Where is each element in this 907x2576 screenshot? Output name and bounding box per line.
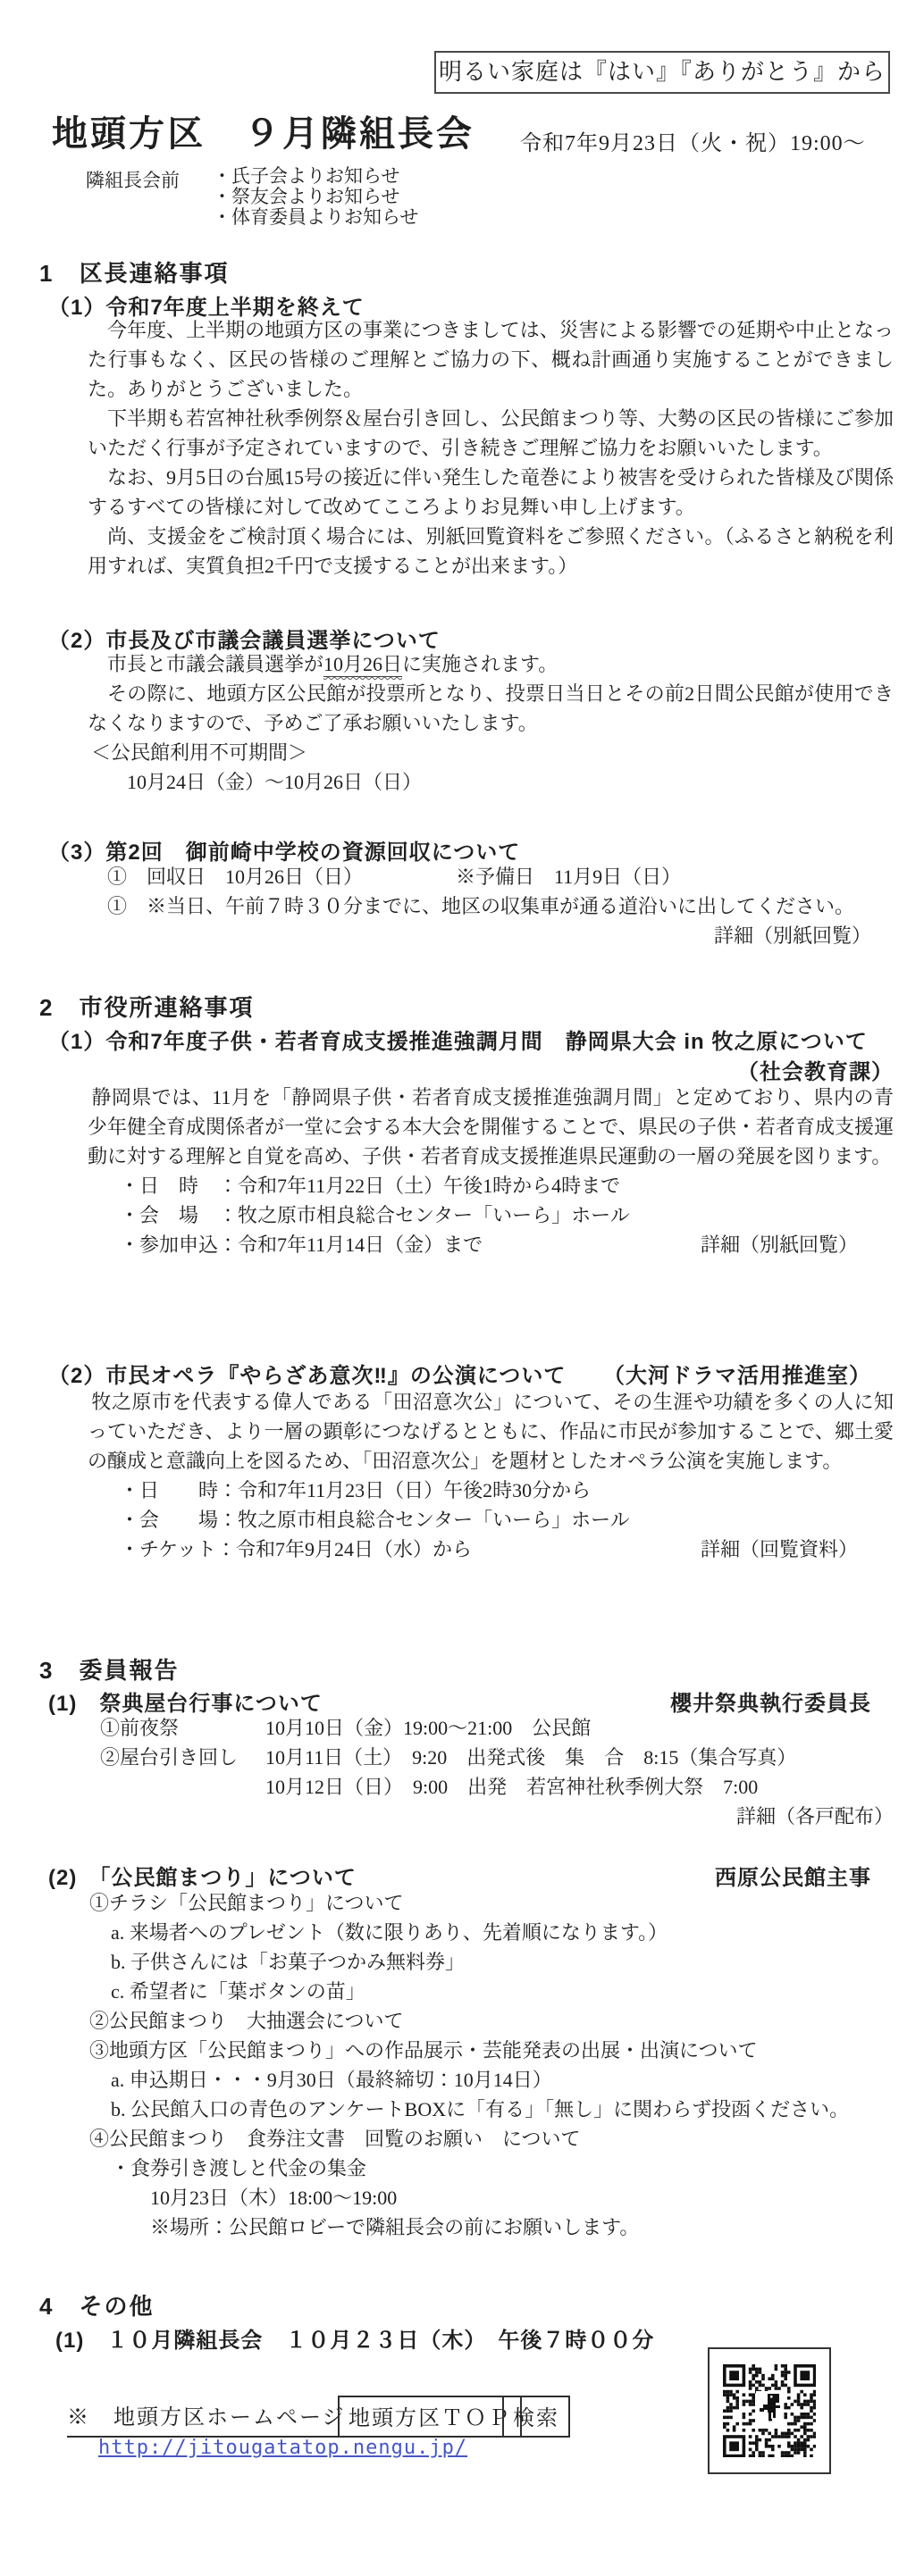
section-2-2-heading: （2）市民オペラ『やらざあ意次‼』の公演について <box>48 1358 566 1389</box>
slogan-box: 明るい家庭は『はい』『ありがとう』から <box>434 51 890 94</box>
section-2-heading: 2 市役所連絡事項 <box>39 990 254 1023</box>
section-1-3-body: ① 回収日 10月26日（日） ※予備日 11月9日（日） ① ※当日、午前７時… <box>88 862 894 950</box>
section-3-1-heading: (1) 祭典屋台行事について <box>48 1685 323 1717</box>
document-page: 明るい家庭は『はい』『ありがとう』から 地頭方区 ９月隣組長会 令和7年9月23… <box>0 0 907 2576</box>
list-item: ①チラシ「公民館まつり」について <box>89 1888 894 1918</box>
collection-date-row: ① 回収日 10月26日（日） ※予備日 11月9日（日） <box>88 862 894 891</box>
homepage-top-box: 地頭方区ＴＯＰ <box>338 2396 522 2438</box>
section-1-3-heading: （3）第2回 御前崎中学校の資源回収について <box>48 834 520 866</box>
paragraph: なお、9月5日の台風15号の接近に伴い発生した竜巻により被害を受けられた皆様及び… <box>88 463 894 522</box>
section-3-2-body: ①チラシ「公民館まつり」について a. 来場者へのプレゼント（数に限りあり、先着… <box>88 1888 894 2242</box>
event-details: ・日 時 ：令和7年11月22日（土）午後1時から4時まで ・会 場 ：牧之原市… <box>120 1171 894 1259</box>
list-item: b. 子供さんには「お菓子つかみ無料券」 <box>111 1947 894 1977</box>
event-details: ・日 時：令和7年11月23日（日）午後2時30分から ・会 場：牧之原市相良総… <box>120 1476 894 1564</box>
section-2-1-department: （社会教育課） <box>88 1054 894 1085</box>
section-3-1-heading-row: (1) 祭典屋台行事について 櫻井祭典執行委員長 <box>48 1685 894 1717</box>
schedule-label: ①前夜祭 <box>100 1713 265 1743</box>
event-application: ・参加申込：令和7年11月14日（金）まで 詳細（別紙回覧） <box>120 1230 894 1259</box>
event-venue: ・会 場：牧之原市相良総合センター「いーら」ホール <box>120 1505 894 1535</box>
premeeting-item: ・体育委員よりお知らせ <box>213 207 418 228</box>
section-3-2-heading: (2) 「公民館まつり」について <box>48 1860 357 1891</box>
event-datetime: ・日 時 ：令和7年11月22日（土）午後1時から4時まで <box>120 1171 894 1200</box>
section-1-heading: 1 区長連絡事項 <box>39 255 229 289</box>
section-1-1-body: 今年度、上半期の地頭方区の事業につきましては、災害による影響での延期や中止となっ… <box>88 315 894 581</box>
section-1-2-body: 市長と市議会議員選挙が10月26日に実施されます。 その際に、地頭方区公民館が投… <box>88 649 894 797</box>
paragraph: 今年度、上半期の地頭方区の事業につきましては、災害による影響での延期や中止となっ… <box>88 315 894 404</box>
paragraph: 市長と市議会議員選挙が10月26日に実施されます。 <box>88 649 894 679</box>
section-4-heading: 4 その他 <box>39 2288 154 2321</box>
list-item: a. 来場者へのプレゼント（数に限りあり、先着順になります。） <box>111 1918 894 1947</box>
paragraph: その際に、地頭方区公民館が投票所となり、投票日当日とその前2日間公民館が使用でき… <box>88 679 894 738</box>
qr-code-frame <box>708 2347 831 2474</box>
qr-code <box>723 2364 816 2457</box>
premeeting-list: ・氏子会よりお知らせ ・祭友会よりお知らせ ・体育委員よりお知らせ <box>213 166 418 228</box>
underlined-date: 10月26日 <box>323 653 402 677</box>
backup-date: ※予備日 11月9日（日） <box>456 862 681 891</box>
closed-period-label: ＜公民館利用不可期間＞ <box>91 738 894 767</box>
schedule-value: 10月12日（日） 9:00 出発 若宮神社秋季例大祭 7:00 <box>265 1772 894 1802</box>
meeting-datetime: 令和7年9月23日（火・祝）19:00～ <box>520 125 866 156</box>
list-item: a. 申込期日・・・9月30日（最終締切：10月14日） <box>111 2065 894 2095</box>
schedule-label: ②屋台引き回し <box>100 1743 265 1772</box>
paragraph: 牧之原市を代表する偉人である「田沼意次公」について、その生涯や功績を多くの人に知… <box>88 1387 894 1476</box>
event-ticket: ・チケット：令和7年9月24日（水）から 詳細（回覧資料） <box>120 1535 894 1564</box>
paragraph: 静岡県では、11月を「静岡県子供・若者育成支援推進強調月間」と定めており、県内の… <box>88 1083 894 1171</box>
section-3-heading: 3 委員報告 <box>39 1652 179 1685</box>
detail-note: 詳細（回覧資料） <box>701 1535 858 1564</box>
schedule-label <box>100 1772 265 1802</box>
list-item: b. 公民館入口の青色のアンケートBOXに「有る」「無し」に関わらず投函ください… <box>111 2095 894 2124</box>
list-item: ・食券引き渡しと代金の集金 <box>111 2154 894 2183</box>
paragraph: 下半期も若宮神社秋季例祭＆屋台引き回し、公民館まつり等、大勢の区民の皆様にご参加… <box>88 404 894 463</box>
list-item: c. 希望者に「葉ボタンの苗」 <box>111 1977 894 2006</box>
homepage-note: ※ 地頭方区ホームページ <box>67 2399 365 2438</box>
premeeting-label: 隣組長会前 <box>86 166 180 193</box>
event-datetime: ・日 時：令和7年11月23日（日）午後2時30分から <box>120 1476 894 1505</box>
schedule-value: 10月11日（土） 9:20 出発式後 集 合 8:15（集合写真） <box>265 1743 894 1772</box>
event-venue: ・会 場 ：牧之原市相良総合センター「いーら」ホール <box>120 1200 894 1230</box>
section-2-2-heading-row: （2）市民オペラ『やらざあ意次‼』の公演について （大河ドラマ活用推進室） <box>48 1358 894 1389</box>
section-2-1-heading: （1）令和7年度子供・若者育成支援推進強調月間 静岡県大会 in 牧之原について <box>48 1024 868 1055</box>
detail-note: 詳細（別紙回覧） <box>88 921 894 950</box>
list-item: ③地頭方区「公民館まつり」への作品展示・芸能発表の出展・出演について <box>89 2036 894 2065</box>
premeeting-item: ・氏子会よりお知らせ <box>213 166 418 187</box>
section-3-2-chair: 西原公民館主事 <box>715 1860 894 1891</box>
next-meeting-line: (1) １０月隣組長会 １０月２３日（木） 午後７時００分 <box>55 2322 654 2354</box>
detail-note: 詳細（各戸配布） <box>88 1802 907 1829</box>
list-item: ※場所：公民館ロビーで隣組長会の前にお願いします。 <box>150 2212 894 2242</box>
section-3-2-heading-row: (2) 「公民館まつり」について 西原公民館主事 <box>48 1860 894 1891</box>
list-item: ④公民館まつり 食券注文書 回覧のお願い について <box>89 2124 894 2154</box>
section-2-1-body: 静岡県では、11月を「静岡県子供・若者育成支援推進強調月間」と定めており、県内の… <box>88 1083 894 1259</box>
search-box: 検索 <box>502 2396 570 2438</box>
detail-note: 詳細（別紙回覧） <box>701 1230 858 1259</box>
list-item: ②公民館まつり 大抽選会について <box>89 2006 894 2036</box>
schedule-value: 10月10日（金）19:00～21:00 公民館 <box>265 1713 894 1743</box>
collection-note: ① ※当日、午前７時３０分までに、地区の収集車が通る道沿いに出してください。 <box>107 891 894 921</box>
premeeting-item: ・祭友会よりお知らせ <box>213 187 418 207</box>
section-2-2-department: （大河ドラマ活用推進室） <box>603 1358 894 1389</box>
homepage-url-link[interactable]: http://jitougatatop.nengu.jp/ <box>98 2437 467 2459</box>
list-item: 10月23日（木）18:00～19:00 <box>150 2183 894 2212</box>
closed-period-dates: 10月24日（金）～10月26日（日） <box>127 767 894 797</box>
section-2-2-body: 牧之原市を代表する偉人である「田沼意次公」について、その生涯や功績を多くの人に知… <box>88 1387 894 1564</box>
section-3-1-chair: 櫻井祭典執行委員長 <box>670 1685 894 1717</box>
paragraph: 尚、支援金をご検討頂く場合には、別紙回覧資料をご参照ください。（ふるさと納税を利… <box>88 522 894 581</box>
page-title: 地頭方区 ９月隣組長会 <box>52 105 474 156</box>
festival-schedule: ①前夜祭 10月10日（金）19:00～21:00 公民館 ②屋台引き回し 10… <box>100 1713 894 1802</box>
